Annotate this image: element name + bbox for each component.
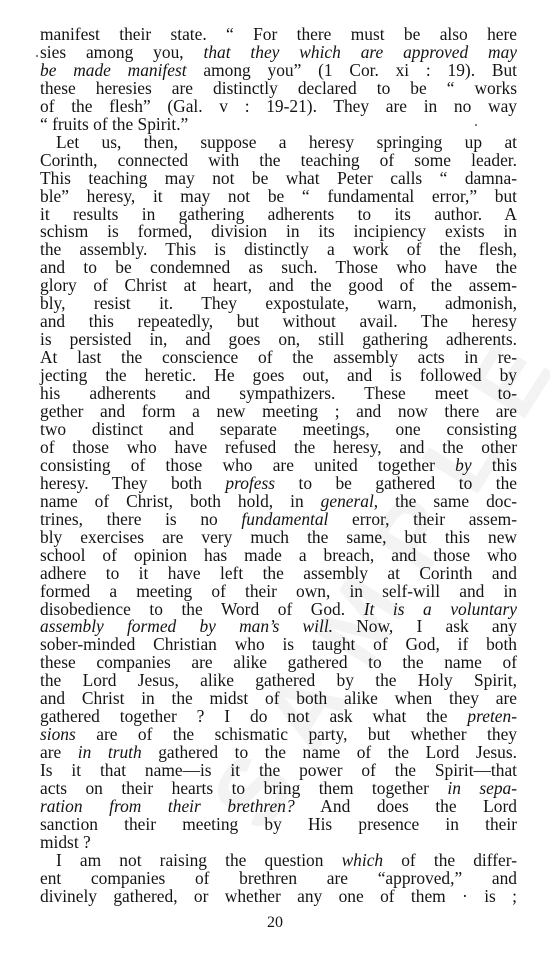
- page-number: 20: [0, 914, 550, 932]
- text-segment: sanction their meeting by His presence i…: [40, 814, 517, 834]
- document-page-body: manifest their state. “ For there must b…: [40, 26, 517, 906]
- text-segment: divinely gathered, or whether any one of…: [40, 886, 517, 906]
- text-line: divinely gathered, or whether any one of…: [40, 888, 517, 906]
- scan-speck: [475, 124, 477, 126]
- text-line: sanction their meeting by His presence i…: [40, 816, 517, 834]
- scan-speck: [36, 55, 38, 57]
